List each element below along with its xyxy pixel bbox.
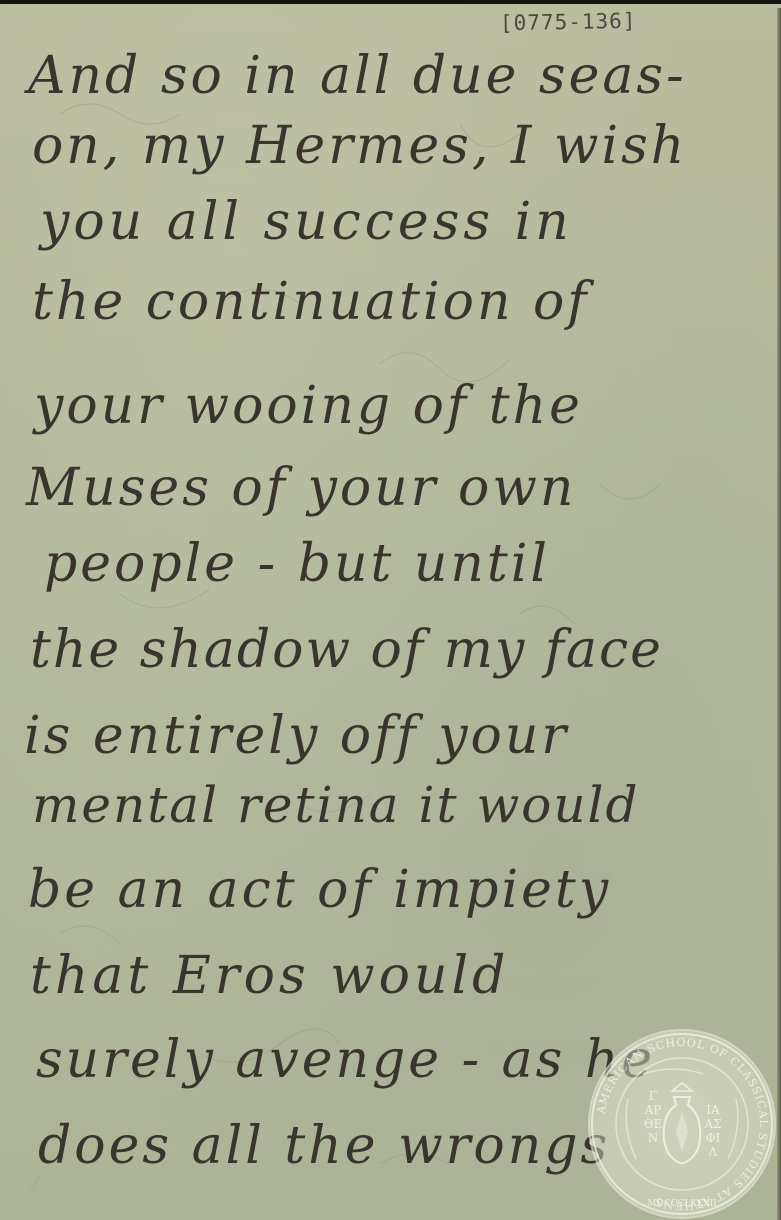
embossed-seal: AMERICAN SCHOOL OF CLASSICAL STUDIES AT …: [588, 1029, 776, 1219]
text-line: be an act of impiety: [28, 860, 611, 920]
seal-left-letters: Γ ΑΡ ΘΕ Ν: [640, 1089, 666, 1145]
text-line: your wooing of the: [34, 376, 583, 436]
seal-letter: Λ: [700, 1145, 726, 1159]
seal-letter: ΑΡ: [640, 1103, 666, 1117]
text-line: people - but until: [44, 534, 550, 594]
text-line: that Eros would: [30, 946, 509, 1006]
scan-border: [0, 0, 781, 4]
seal-right-letters: ΙΑ ΑΣ ΦΙ Λ: [700, 1103, 726, 1159]
seal-letter: ΙΑ: [700, 1103, 726, 1117]
text-line: you all success in: [40, 192, 573, 252]
page-edge: [777, 8, 781, 1220]
text-line: Muses of your own: [26, 458, 576, 518]
seal-letter: Γ: [640, 1089, 666, 1103]
seal-letter: ΑΣ: [700, 1117, 726, 1131]
seal-date: MDCCCLXXXII: [638, 1197, 726, 1211]
text-line: the continuation of: [32, 272, 590, 332]
seal-letter: ΘΕ: [640, 1117, 666, 1131]
seal-letter: Ν: [640, 1131, 666, 1145]
text-line: on, my Hermes, I wish: [32, 116, 687, 176]
text-line: And so in all due seas-: [28, 46, 687, 106]
text-line: is entirely off your: [24, 706, 569, 766]
text-line: does all the wrongs: [38, 1116, 610, 1176]
seal-letter: ΦΙ: [700, 1131, 726, 1145]
text-line: the shadow of my face: [30, 620, 663, 680]
letter-page: [0775-136] And so in all due seas- on, m…: [0, 4, 781, 1220]
seal-graphic: AMERICAN SCHOOL OF CLASSICAL STUDIES AT …: [588, 1029, 776, 1219]
text-line: surely avenge - as he: [36, 1030, 655, 1090]
text-line: mental retina it would: [32, 776, 640, 834]
